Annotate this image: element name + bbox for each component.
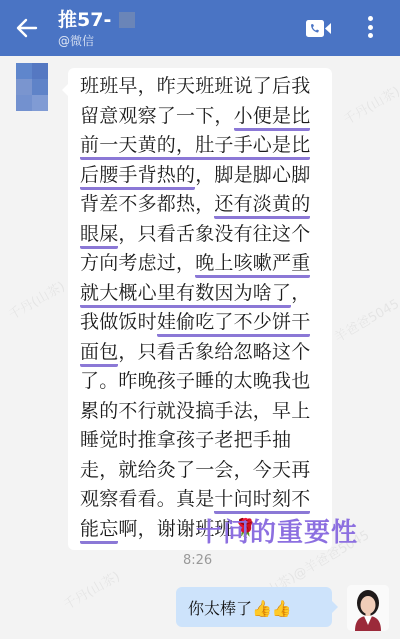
- user-portrait-icon: [347, 585, 389, 631]
- chat-subtitle: @微信: [58, 33, 135, 49]
- underlined-text: 后腰手背热的: [80, 164, 195, 190]
- watermark: 千丹(山茶): [59, 566, 122, 614]
- underlined-text: 能忘: [80, 518, 118, 544]
- message-line: 班班早，昨天班班说了后我: [80, 72, 322, 102]
- user-avatar[interactable]: [347, 585, 389, 631]
- contact-avatar[interactable]: [16, 63, 48, 111]
- chat-title: 推57-: [58, 8, 135, 32]
- message-text: 方向考虑过，: [80, 252, 195, 274]
- received-message-bubble[interactable]: 班班早，昨天班班说了后我留意观察了一下，小便是比前一天黄的，肚子手心是比后腰手背…: [68, 68, 332, 550]
- message-line: 了。昨晚孩子睡的太晚我也: [80, 367, 322, 397]
- message-line: 观察看看。真是十问时刻不: [80, 485, 322, 515]
- message-line: 走，就给灸了一会，今天再: [80, 456, 322, 486]
- underlined-text: 小便是比: [234, 105, 311, 131]
- more-vertical-icon[interactable]: [364, 16, 376, 42]
- underlined-text: 前一天黄的，肚子手心是比: [80, 134, 310, 160]
- message-text: 留意观察了一下，: [80, 105, 234, 127]
- message-text: 我做饭时: [80, 311, 157, 333]
- message-text: 背差不多都热，: [80, 193, 214, 215]
- message-text: 班班早，昨天班班说了后我: [80, 75, 310, 97]
- redacted-name-block: [119, 12, 135, 28]
- back-arrow-icon[interactable]: [14, 15, 40, 41]
- chat-header: 推57- @微信: [0, 0, 400, 56]
- underlined-text: 娃偷吃了不少饼干: [157, 311, 311, 337]
- underlined-text: 晚上咳嗽严重: [195, 252, 310, 278]
- message-text: ，只看舌象给忽略这个: [118, 341, 310, 363]
- video-call-icon[interactable]: [306, 20, 332, 37]
- underlined-text: 还有淡黄的: [214, 193, 310, 219]
- underlined-text: 眼屎: [80, 223, 118, 249]
- underlined-text: 面包: [80, 341, 118, 367]
- message-text: ，脚是脚心脚: [195, 164, 310, 186]
- message-line: 我做饭时娃偷吃了不少饼干: [80, 308, 322, 338]
- message-text: 了。昨晚孩子睡的太晚我也: [80, 370, 310, 392]
- underlined-text: 十问时刻不: [214, 488, 310, 514]
- message-line: 累的不行就没搞手法，早上: [80, 397, 322, 427]
- message-line: 留意观察了一下，小便是比: [80, 102, 322, 132]
- message-text: ，: [291, 282, 310, 304]
- watermark: 千丹(山茶): [339, 81, 400, 129]
- annotation-caption: 十问的重要性: [196, 512, 358, 549]
- message-text: 累的不行就没搞手法，早上: [80, 400, 310, 422]
- message-line: 面包，只看舌象给忽略这个: [80, 338, 322, 368]
- message-timestamp: 8:26: [183, 553, 212, 568]
- message-line: 背差不多都热，还有淡黄的: [80, 190, 322, 220]
- chat-title-block[interactable]: 推57- @微信: [58, 8, 135, 49]
- message-line: 前一天黄的，肚子手心是比: [80, 131, 322, 161]
- message-line: 就大概心里有数因为啥了，: [80, 279, 322, 309]
- message-text: 观察看看。真是: [80, 488, 214, 510]
- message-text: 走，就给灸了一会，今天再: [80, 459, 310, 481]
- watermark: 羊爸爸5045: [330, 293, 400, 346]
- message-line: 眼屎，只看舌象没有往这个: [80, 220, 322, 250]
- watermark: 千丹(山茶): [4, 276, 67, 324]
- message-text: ，只看舌象没有往这个: [118, 223, 310, 245]
- contact-name: 推57-: [58, 8, 111, 32]
- message-line: 睡觉时推拿孩子老把手抽: [80, 426, 322, 456]
- message-text: 睡觉时推拿孩子老把手抽: [80, 429, 291, 451]
- message-line: 方向考虑过，晚上咳嗽严重: [80, 249, 322, 279]
- sent-message-bubble[interactable]: 你太棒了👍👍: [176, 587, 332, 627]
- underlined-text: 就大概心里有数因为啥了: [80, 282, 291, 308]
- sent-message-text: 你太棒了👍👍: [188, 596, 292, 619]
- message-line: 后腰手背热的，脚是脚心脚: [80, 161, 322, 191]
